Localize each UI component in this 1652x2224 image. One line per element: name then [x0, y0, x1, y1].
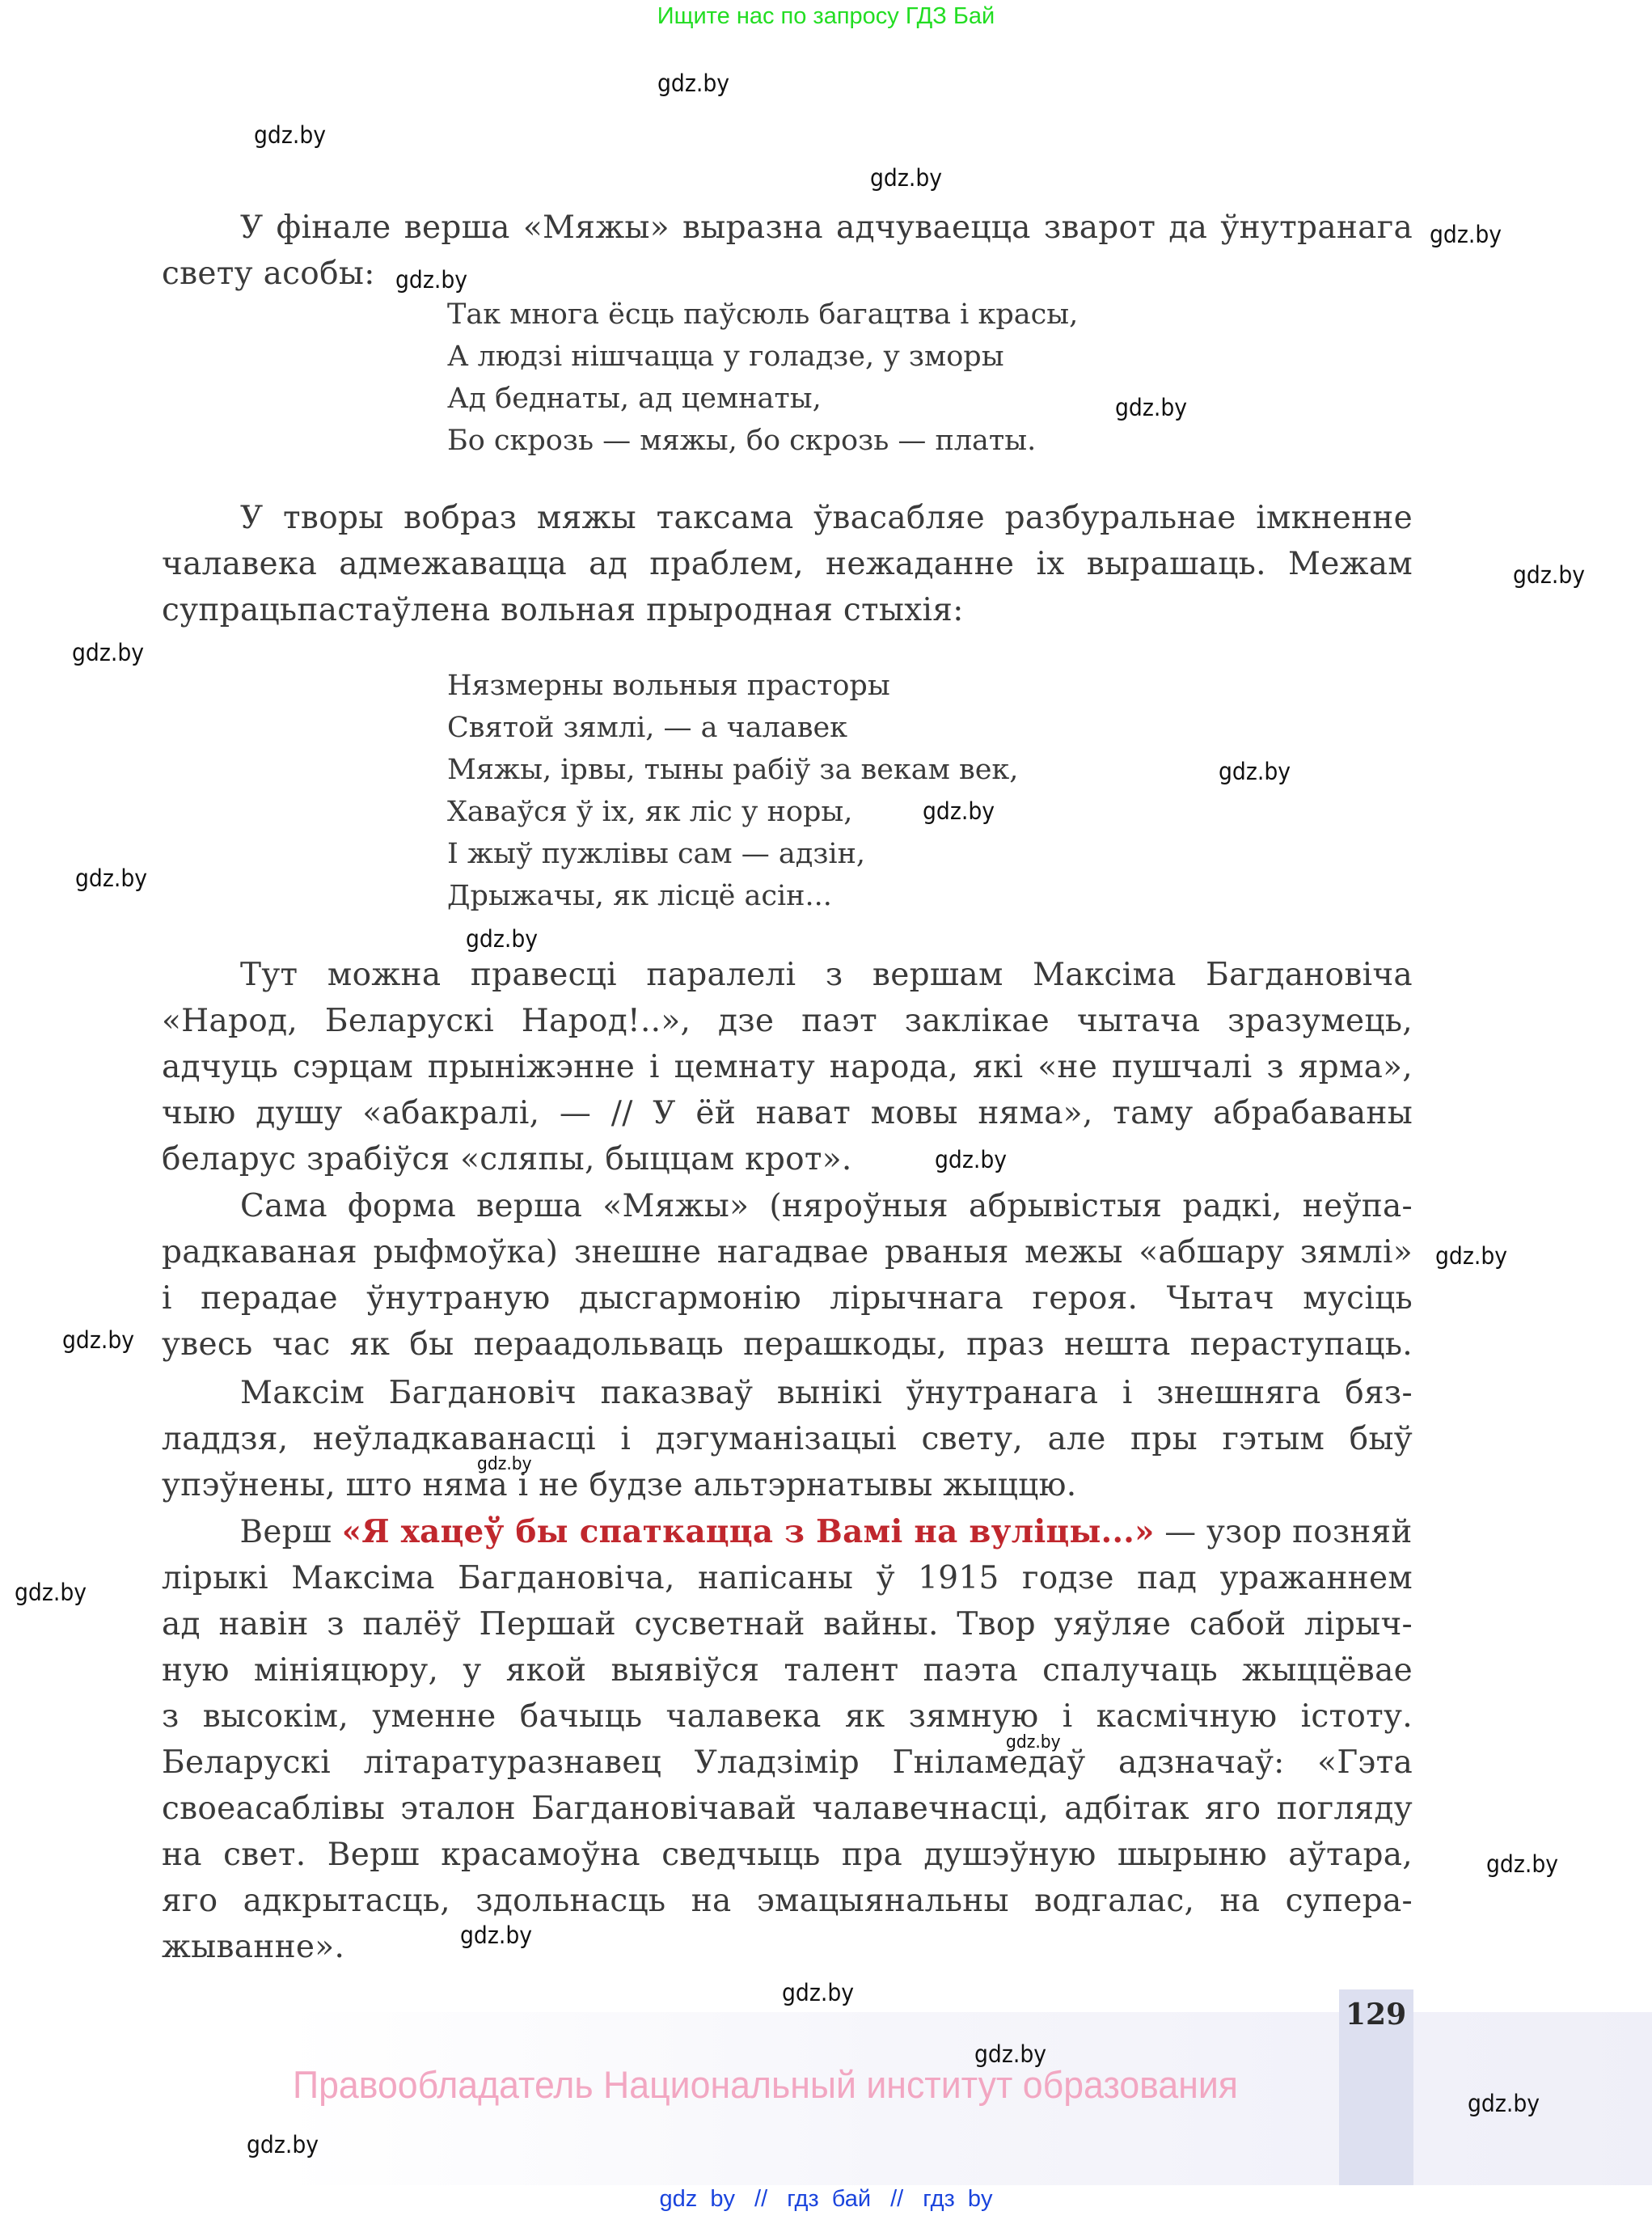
poem-line: І жыў пужлівы сам — адзін, [447, 833, 1018, 875]
text-line: ную мініяцюру, у якой выявіўся талент па… [162, 1647, 1413, 1693]
poem-line: А людзі нішчацца у голадзе, у зморы [447, 336, 1078, 378]
text-line: Беларускі літаратуразнавец Уладзімір Гні… [162, 1740, 1413, 1786]
watermark: gdz.by [782, 1981, 854, 2005]
watermark: gdz.by [974, 2042, 1046, 2066]
text-line: свету асобы: [162, 251, 1413, 297]
footer-link-gdz-bai[interactable]: гдз бай [787, 2186, 871, 2212]
watermark: gdz.by [72, 641, 144, 665]
text-line: «Народ, Беларускі Народ!..», дзе паэт за… [162, 998, 1413, 1044]
paragraph-2: У творы вобраз мяжы таксама ўвасабляе ра… [162, 495, 1413, 633]
watermark: gdz.by [477, 1452, 532, 1477]
watermark: gdz.by [15, 1580, 87, 1605]
text-line: радкаваная рыфмоўка) знешне нагадвае рва… [162, 1229, 1413, 1275]
text-line: Сама форма верша «Мяжы» (няроўныя абрыві… [162, 1183, 1413, 1229]
rights-holder-notice: Правообладатель Национальный институт об… [293, 2062, 1238, 2107]
search-banner[interactable]: Ищите нас по запросу ГДЗ Бай [0, 2, 1652, 31]
poem-line: Бо скрозь — мяжы, бо скрозь — платы. [447, 420, 1078, 462]
text-line: чыю душу «абакралі, — // У ёй нават мовы… [162, 1090, 1413, 1136]
text-line: упэўнены, што няма і не будзе альтэрнаты… [162, 1462, 1413, 1508]
watermark: gdz.by [460, 1923, 532, 1947]
watermark: gdz.by [254, 123, 326, 147]
watermark: gdz.by [62, 1328, 134, 1352]
watermark: gdz.by [247, 2133, 319, 2157]
watermark: gdz.by [1435, 1244, 1507, 1268]
footer-link-gdz-by[interactable]: gdz by [660, 2186, 735, 2212]
lead-text: Верш [240, 1514, 342, 1550]
watermark: gdz.by [657, 71, 729, 95]
text-line: своеасаблівы эталон Багдановічавай чалав… [162, 1786, 1413, 1832]
watermark: gdz.by [935, 1148, 1007, 1172]
watermark: gdz.by [75, 866, 147, 890]
poem-line: Так многа ёсць паўсюль багацтва і красы, [447, 294, 1078, 336]
watermark: gdz.by [466, 927, 538, 951]
text-line: супрацьпастаўлена вольная прыродная стых… [162, 587, 1413, 633]
poem-quote-2: Нязмерны вольныя прасторы Святой зямлі, … [447, 665, 1018, 917]
page-number: 129 [1346, 1998, 1406, 2032]
watermark: gdz.by [1513, 563, 1585, 587]
text-line: беларус зрабіўся «сляпы, быццам крот». [162, 1136, 1413, 1182]
watermark: gdz.by [1219, 759, 1291, 784]
text-line: яго адкрытасць, здольнасць на эмацыяналь… [162, 1878, 1413, 1924]
footer-separator: // [890, 2186, 903, 2212]
text-line: Верш «Я хацеў бы спаткацца з Вамі на вул… [162, 1509, 1413, 1555]
text-line: адчуць сэрцам прыніжэнне і цемнату народ… [162, 1044, 1413, 1090]
footer-links: gdz by // гдз бай // гдз by [0, 2186, 1652, 2213]
watermark: gdz.by [1468, 2091, 1540, 2116]
watermark: gdz.by [1006, 1731, 1061, 1755]
text-line: ладдзя, неўладкаванасці і дэгуманізацыі … [162, 1416, 1413, 1462]
paragraph-3: Тут можна правесці паралелі з вершам Мак… [162, 952, 1413, 1182]
poem-quote-1: Так многа ёсць паўсюль багацтва і красы,… [447, 294, 1078, 462]
footer-link-gdz-by-cyr[interactable]: гдз by [923, 2186, 992, 2212]
paragraph-1: У фінале верша «Мяжы» выразна адчуваецца… [162, 205, 1413, 297]
watermark: gdz.by [1115, 395, 1187, 420]
text-line: лірыкі Максіма Багдановіча, напісаны ў 1… [162, 1555, 1413, 1601]
text-line: ад навін з палёў Першай сусветнай вайны.… [162, 1601, 1413, 1647]
text-line: У фінале верша «Мяжы» выразна адчуваецца… [162, 205, 1413, 251]
poem-line: Ад беднаты, ад цемнаты, [447, 378, 1078, 420]
watermark: gdz.by [1430, 222, 1502, 247]
text-line: Максім Багдановіч паказваў вынікі ўнутра… [162, 1370, 1413, 1416]
watermark: gdz.by [395, 268, 467, 292]
poem-title-highlight: «Я хацеў бы спаткацца з Вамі на вуліцы..… [342, 1513, 1155, 1550]
text-line: Тут можна правесці паралелі з вершам Мак… [162, 952, 1413, 998]
text-line: У творы вобраз мяжы таксама ўвасабляе ра… [162, 495, 1413, 541]
text-line: жыванне». [162, 1924, 1413, 1970]
watermark: gdz.by [870, 166, 942, 190]
watermark: gdz.by [923, 799, 995, 823]
paragraph-6: Верш «Я хацеў бы спаткацца з Вамі на вул… [162, 1509, 1413, 1970]
footer-separator: // [754, 2186, 767, 2212]
paragraph-4: Сама форма верша «Мяжы» (няроўныя абрыві… [162, 1183, 1413, 1368]
paragraph-5: Максім Багдановіч паказваў вынікі ўнутра… [162, 1370, 1413, 1508]
poem-line: Мяжы, ірвы, тыны рабіў за векам век, [447, 749, 1018, 791]
text-line: і перадае ўнутраную дысгармонію лірычнаг… [162, 1275, 1413, 1321]
poem-line: Дрыжачы, як лісцё асін... [447, 875, 1018, 917]
watermark: gdz.by [1486, 1852, 1558, 1876]
poem-line: Святой зямлі, — а чалавек [447, 707, 1018, 749]
text-line: увесь час як бы пераадольваць перашкоды,… [162, 1321, 1413, 1368]
lead-text-rest: — узор позняй [1155, 1514, 1413, 1550]
text-line: на свет. Верш красамоўна сведчыць пра ду… [162, 1832, 1413, 1878]
text-line: чалавека адмежавацца ад праблем, нежадан… [162, 541, 1413, 587]
text-line: з высокім, уменне бачыць чалавека як зям… [162, 1693, 1413, 1740]
poem-line: Нязмерны вольныя прасторы [447, 665, 1018, 707]
